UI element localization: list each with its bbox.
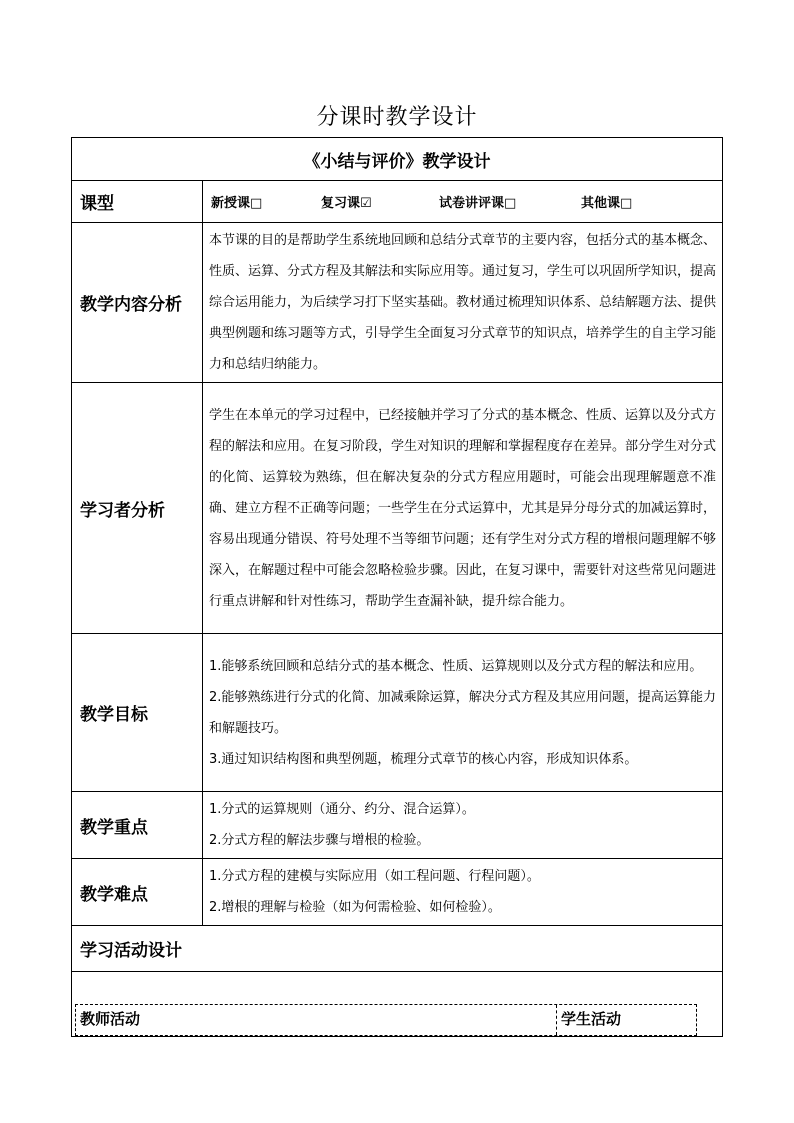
checkbox-empty-icon[interactable]: □ bbox=[250, 196, 262, 211]
difficulties-list: 1.分式方程的建模与实际应用（如工程问题、行程问题）。 2.增根的理解与检验（如… bbox=[203, 859, 723, 926]
checkbox-empty-icon[interactable]: □ bbox=[504, 196, 516, 211]
option-exam-review-lesson[interactable]: 试卷讲评课□ bbox=[439, 192, 581, 211]
lesson-type-label: 课型 bbox=[72, 181, 203, 223]
key-points-label: 教学重点 bbox=[72, 792, 203, 859]
lesson-type-row: 课型 新授课□复习课☑试卷讲评课□其他课□ bbox=[72, 181, 723, 223]
objectives-list: 1.能够系统回顾和总结分式的基本概念、性质、运算规则以及分式方程的解法和应用。 … bbox=[203, 634, 723, 792]
content-analysis-label: 教学内容分析 bbox=[72, 223, 203, 383]
difficulties-label: 教学难点 bbox=[72, 859, 203, 926]
activity-columns: 教师活动 学生活动 bbox=[75, 1004, 697, 1036]
objectives-row: 教学目标 1.能够系统回顾和总结分式的基本概念、性质、运算规则以及分式方程的解法… bbox=[72, 634, 723, 792]
key-points-list: 1.分式的运算规则（通分、约分、混合运算）。 2.分式方程的解法步骤与增根的检验… bbox=[203, 792, 723, 859]
key-point-item: 1.分式的运算规则（通分、约分、混合运算）。 bbox=[209, 794, 716, 825]
content-analysis-text: 本节课的目的是帮助学生系统地回顾和总结分式章节的主要内容，包括分式的基本概念、性… bbox=[203, 223, 723, 383]
key-point-item: 2.分式方程的解法步骤与增根的检验。 bbox=[209, 825, 716, 856]
option-new-lesson[interactable]: 新授课□ bbox=[211, 192, 321, 211]
objective-item: 2.能够熟练进行分式的化简、加减乘除运算，解决分式方程及其应用问题，提高运算能力… bbox=[209, 682, 716, 744]
student-activity-header: 学生活动 bbox=[557, 1005, 696, 1035]
learner-analysis-row: 学习者分析 学生在本单元的学习过程中，已经接触并学习了分式的基本概念、性质、运算… bbox=[72, 383, 723, 634]
activity-design-row: 教师活动 学生活动 bbox=[72, 972, 723, 1037]
content-analysis-row: 教学内容分析 本节课的目的是帮助学生系统地回顾和总结分式章节的主要内容，包括分式… bbox=[72, 223, 723, 383]
activity-design-header-row: 学习活动设计 bbox=[72, 926, 723, 972]
lesson-plan-table: 《小结与评价》教学设计 课型 新授课□复习课☑试卷讲评课□其他课□ 教学内容分析… bbox=[71, 137, 723, 1037]
activity-design-label: 学习活动设计 bbox=[72, 926, 723, 972]
learner-analysis-text: 学生在本单元的学习过程中，已经接触并学习了分式的基本概念、性质、运算以及分式方程… bbox=[203, 383, 723, 634]
table-title: 《小结与评价》教学设计 bbox=[72, 138, 723, 181]
difficulty-item: 2.增根的理解与检验（如为何需检验、如何检验）。 bbox=[209, 892, 716, 923]
difficulty-item: 1.分式方程的建模与实际应用（如工程问题、行程问题）。 bbox=[209, 861, 716, 892]
table-title-row: 《小结与评价》教学设计 bbox=[72, 138, 723, 181]
option-review-lesson[interactable]: 复习课☑ bbox=[321, 192, 439, 211]
objective-item: 3.通过知识结构图和典型例题，梳理分式章节的核心内容，形成知识体系。 bbox=[209, 744, 716, 775]
page-title: 分课时教学设计 bbox=[0, 100, 794, 131]
learner-analysis-label: 学习者分析 bbox=[72, 383, 203, 634]
difficulties-row: 教学难点 1.分式方程的建模与实际应用（如工程问题、行程问题）。 2.增根的理解… bbox=[72, 859, 723, 926]
lesson-type-options: 新授课□复习课☑试卷讲评课□其他课□ bbox=[203, 181, 723, 223]
checkbox-empty-icon[interactable]: □ bbox=[620, 196, 632, 211]
teacher-activity-header: 教师活动 bbox=[76, 1005, 557, 1035]
key-points-row: 教学重点 1.分式的运算规则（通分、约分、混合运算）。 2.分式方程的解法步骤与… bbox=[72, 792, 723, 859]
objectives-label: 教学目标 bbox=[72, 634, 203, 792]
objective-item: 1.能够系统回顾和总结分式的基本概念、性质、运算规则以及分式方程的解法和应用。 bbox=[209, 651, 716, 682]
activity-design-cell: 教师活动 学生活动 bbox=[72, 972, 723, 1037]
checkbox-checked-icon[interactable]: ☑ bbox=[360, 196, 372, 211]
option-other-lesson[interactable]: 其他课□ bbox=[581, 192, 632, 211]
